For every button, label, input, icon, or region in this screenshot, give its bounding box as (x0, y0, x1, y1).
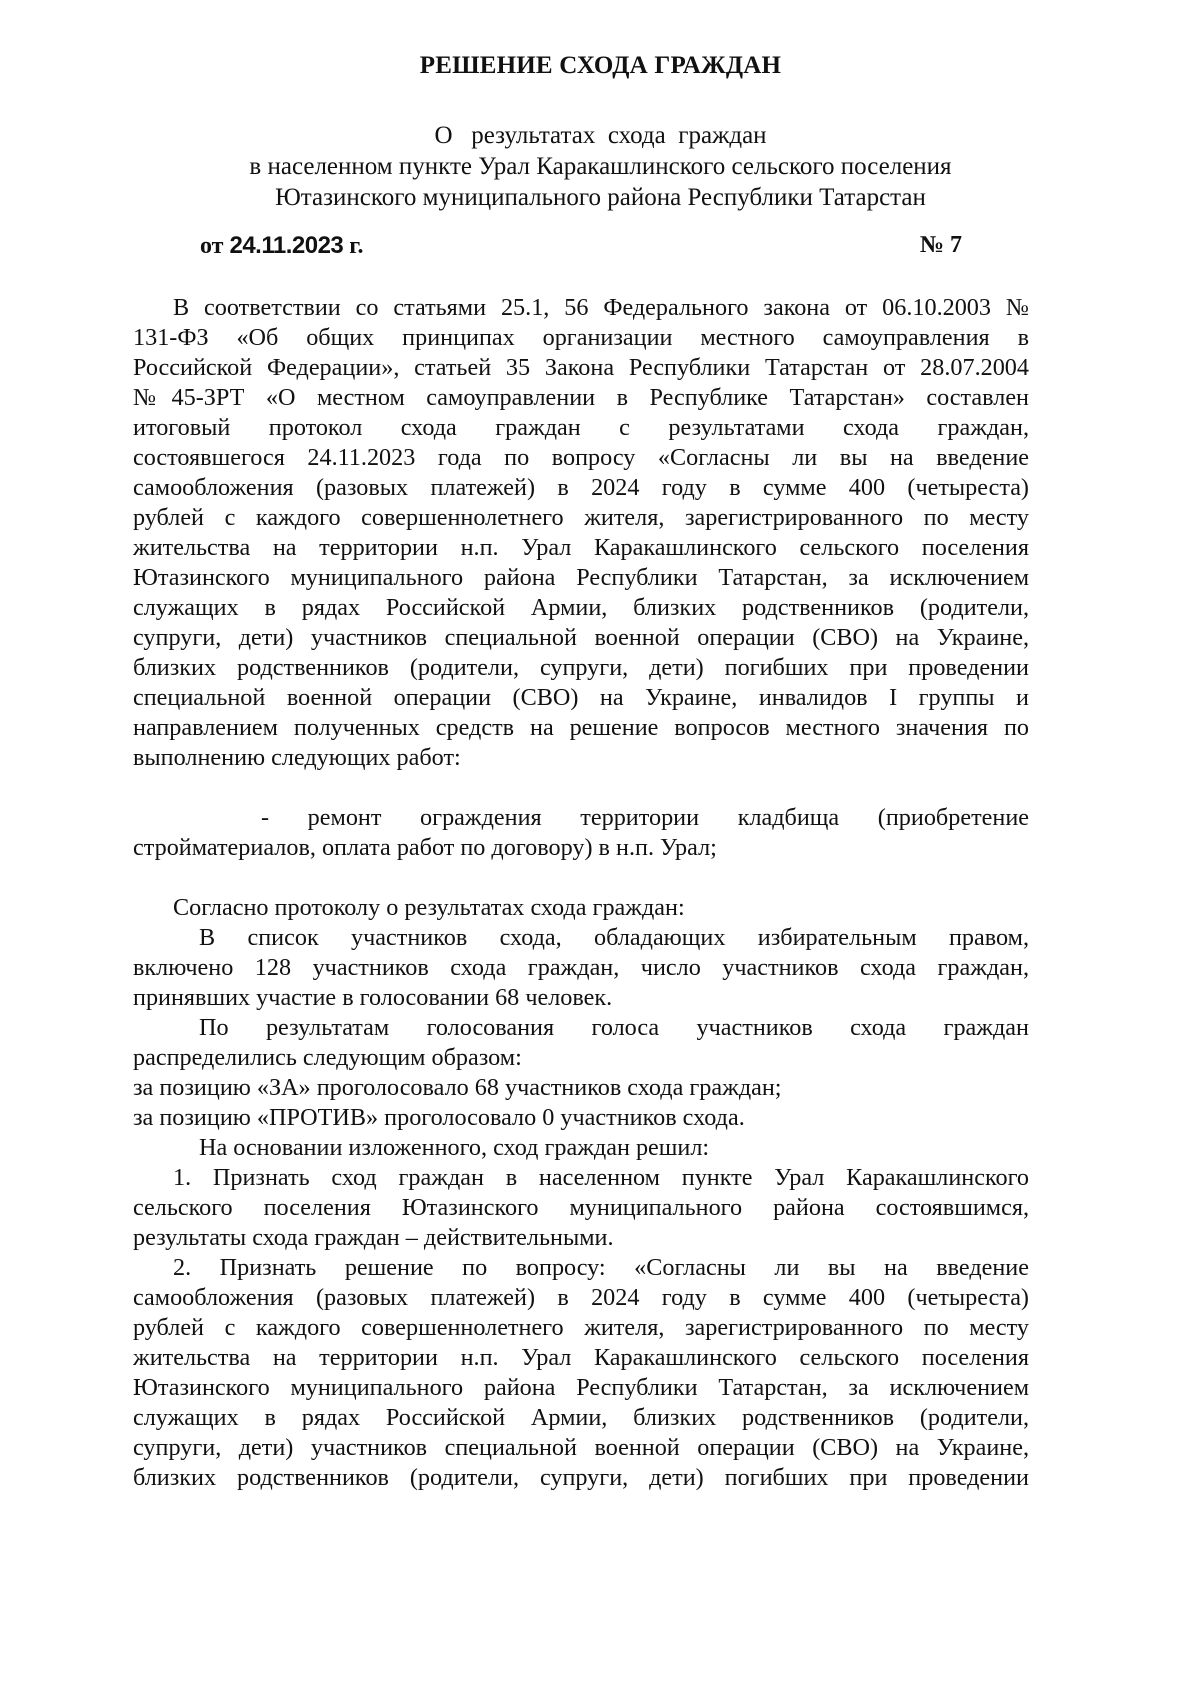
intro-line: выполнению следующих работ: (133, 743, 1029, 773)
votes-for: за позицию «ЗА» проголосовало 68 участни… (133, 1073, 1029, 1103)
work-item-line: стройматериалов, оплата работ по договор… (133, 833, 1029, 863)
date-prefix: от (200, 233, 223, 259)
protocol-heading: Согласно протоколу о результатах схода г… (133, 893, 1029, 923)
intro-line: жительства на территории н.п. Урал Карак… (133, 533, 1029, 563)
decision-item-1-line: результаты схода граждан – действительны… (133, 1223, 1029, 1253)
subtitle-line: в населенном пункте Урал Каракашлинского… (0, 151, 1201, 182)
decision-item-1-line: сельского поселения Ютазинского муниципа… (133, 1193, 1029, 1223)
decision-item-1-line: 1. Признать сход граждан в населенном пу… (133, 1163, 1029, 1193)
intro-line: итоговый протокол схода граждан с резуль… (133, 413, 1029, 443)
decision-item-2-line: Ютазинского муниципального района Респуб… (133, 1373, 1029, 1403)
document-number: № 7 (920, 232, 962, 259)
intro-line: В соответствии со статьями 25.1, 56 Феде… (133, 293, 1029, 323)
document-subtitle: О результатах схода граждан в населенном… (0, 120, 1201, 213)
date-number-line: от 24.11.2023 г. № 7 (200, 232, 970, 260)
date-suffix: г. (349, 233, 363, 259)
document-page: РЕШЕНИЕ СХОДА ГРАЖДАН О результатах сход… (0, 0, 1201, 1698)
document-title: РЕШЕНИЕ СХОДА ГРАЖДАН (0, 52, 1201, 80)
intro-line: Ютазинского муниципального района Респуб… (133, 563, 1029, 593)
intro-line: направлением полученных средств на решен… (133, 713, 1029, 743)
participants-line: включено 128 участников схода граждан, ч… (133, 953, 1029, 983)
decision-item-2-line: супруги, дети) участников специальной во… (133, 1433, 1029, 1463)
decision-item-2-line: самообложения (разовых платежей) в 2024 … (133, 1283, 1029, 1313)
intro-line: служащих в рядах Российской Армии, близк… (133, 593, 1029, 623)
intro-line: №45-ЗРТ «О местном самоуправлении в Респ… (133, 383, 1029, 413)
subtitle-line: О результатах схода граждан (0, 120, 1201, 151)
intro-line: рублей с каждого совершеннолетнего жител… (133, 503, 1029, 533)
results-line: распределились следующим образом: (133, 1043, 1029, 1073)
results-line: По результатам голосования голоса участн… (133, 1013, 1029, 1043)
document-date: 24.11.2023 (229, 232, 343, 259)
decision-item-2-line: рублей с каждого совершеннолетнего жител… (133, 1313, 1029, 1343)
intro-line: 131-ФЗ «Об общих принципах организации м… (133, 323, 1029, 353)
decision-heading: На основании изложенного, сход граждан р… (133, 1133, 1029, 1163)
decision-item-2-line: 2. Признать решение по вопросу: «Согласн… (133, 1253, 1029, 1283)
spacer (133, 773, 1029, 803)
intro-line: состоявшегося 24.11.2023 года по вопросу… (133, 443, 1029, 473)
intro-line: самообложения (разовых платежей) в 2024 … (133, 473, 1029, 503)
decision-item-2-line: жительства на территории н.п. Урал Карак… (133, 1343, 1029, 1373)
participants-line: принявших участие в голосовании 68 челов… (133, 983, 1029, 1013)
subtitle-line: Ютазинского муниципального района Респуб… (0, 182, 1201, 213)
document-body: В соответствии со статьями 25.1, 56 Феде… (133, 293, 1029, 1493)
votes-against: за позицию «ПРОТИВ» проголосовало 0 учас… (133, 1103, 1029, 1133)
spacer (133, 863, 1029, 893)
intro-line: близких родственников (родители, супруги… (133, 653, 1029, 683)
intro-line: Российской Федерации», статьей 35 Закона… (133, 353, 1029, 383)
intro-line: супруги, дети) участников специальной во… (133, 623, 1029, 653)
decision-item-2-line: служащих в рядах Российской Армии, близк… (133, 1403, 1029, 1433)
decision-item-2-line: близких родственников (родители, супруги… (133, 1463, 1029, 1493)
participants-line: В список участников схода, обладающих из… (133, 923, 1029, 953)
intro-line: специальной военной операции (СВО) на Ук… (133, 683, 1029, 713)
work-item-line: - ремонт ограждения территории кладбища … (133, 803, 1029, 833)
